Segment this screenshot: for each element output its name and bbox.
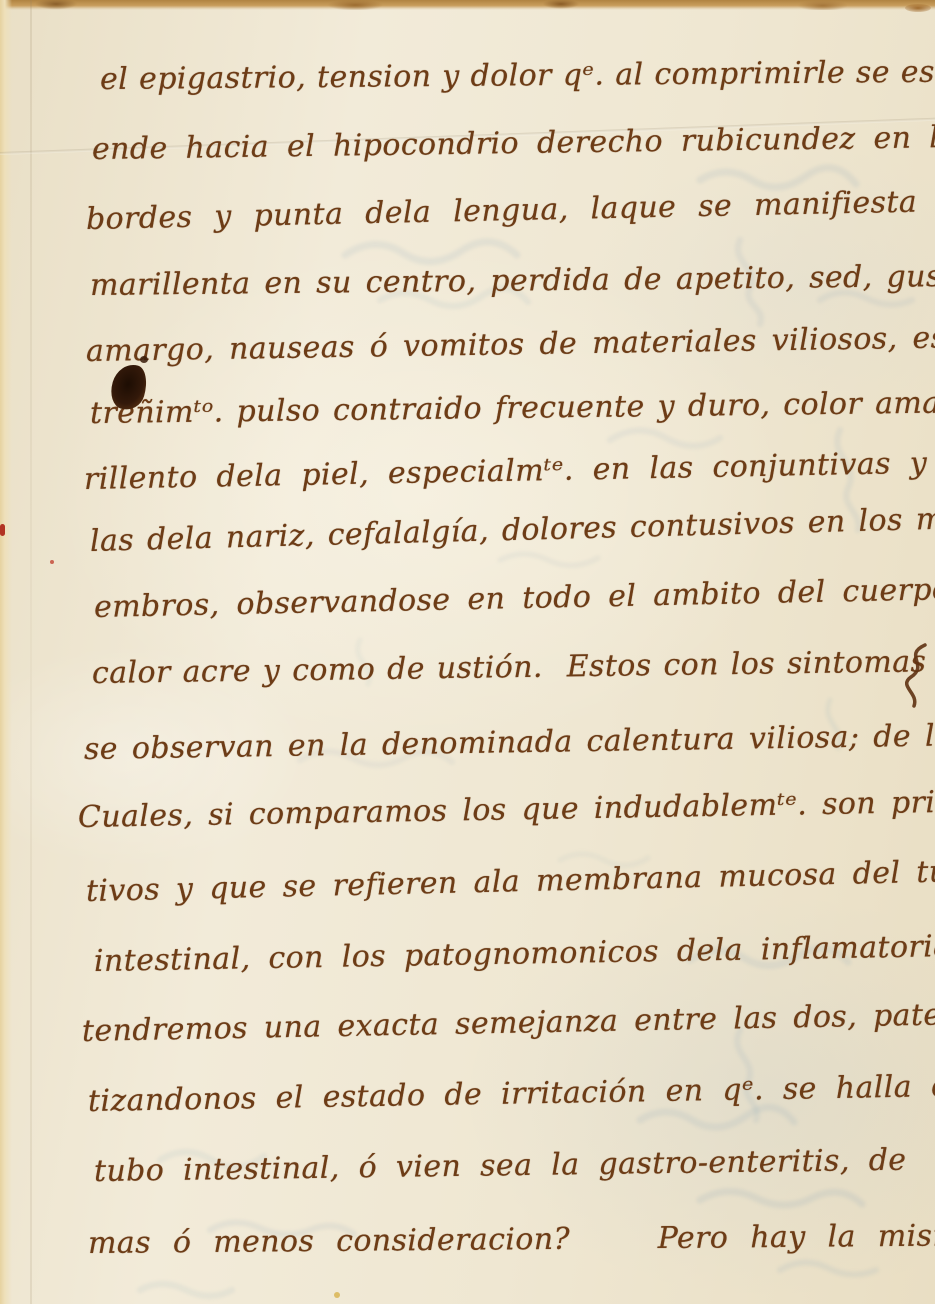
manuscript-line: tendremos una exacta semejanza entre las… (82, 997, 935, 1050)
manuscript-line: amargo, nauseas ó vomitos de materiales … (86, 320, 935, 370)
manuscript-line: las dela nariz, cefalalgía, dolores cont… (90, 501, 935, 560)
manuscript-line: se observan en la denominada calentura v… (84, 718, 935, 768)
manuscript-line: calor acre y como de ustión. Estos con l… (92, 644, 935, 692)
handwritten-text-block: el epigastrio, tension y dolor qᵉ. al co… (0, 0, 935, 1304)
yellow-speck (334, 1292, 340, 1298)
pen-flourish (893, 642, 935, 714)
manuscript-line: Cuales, si comparamos los que indudablem… (78, 784, 935, 836)
red-fiber-speck (50, 560, 54, 564)
manuscript-line: rillento dela piel, especialmᵗᵉ. en las … (84, 445, 935, 498)
manuscript-line: embros, observandose en todo el ambito d… (94, 571, 935, 626)
manuscript-line: el epigastrio, tension y dolor qᵉ. al co… (100, 55, 935, 98)
manuscript-line: ende hacia el hipocondrio derecho rubicu… (92, 120, 935, 168)
manuscript-line: bordes y punta dela lengua, laque se man… (86, 184, 935, 238)
manuscript-line: treñimᵗᵒ. pulso contraido frecuente y du… (90, 385, 935, 432)
manuscript-line: tubo intestinal, ó vien sea la gastro-en… (94, 1143, 907, 1190)
ink-blot-satellite (140, 356, 148, 363)
manuscript-line: intestinal, con los patognomonicos dela … (94, 929, 935, 980)
manuscript-line: tivos y que se refieren ala membrana muc… (86, 854, 935, 910)
manuscript-line: marillenta en su centro, perdida de apet… (90, 259, 935, 304)
manuscript-page: el epigastrio, tension y dolor qᵉ. al co… (0, 0, 935, 1304)
red-fiber-speck (0, 524, 5, 536)
manuscript-line: tizandonos el estado de irritación en qᵉ… (88, 1069, 935, 1120)
manuscript-line: mas ó menos consideracion? Pero hay la m… (88, 1218, 935, 1262)
